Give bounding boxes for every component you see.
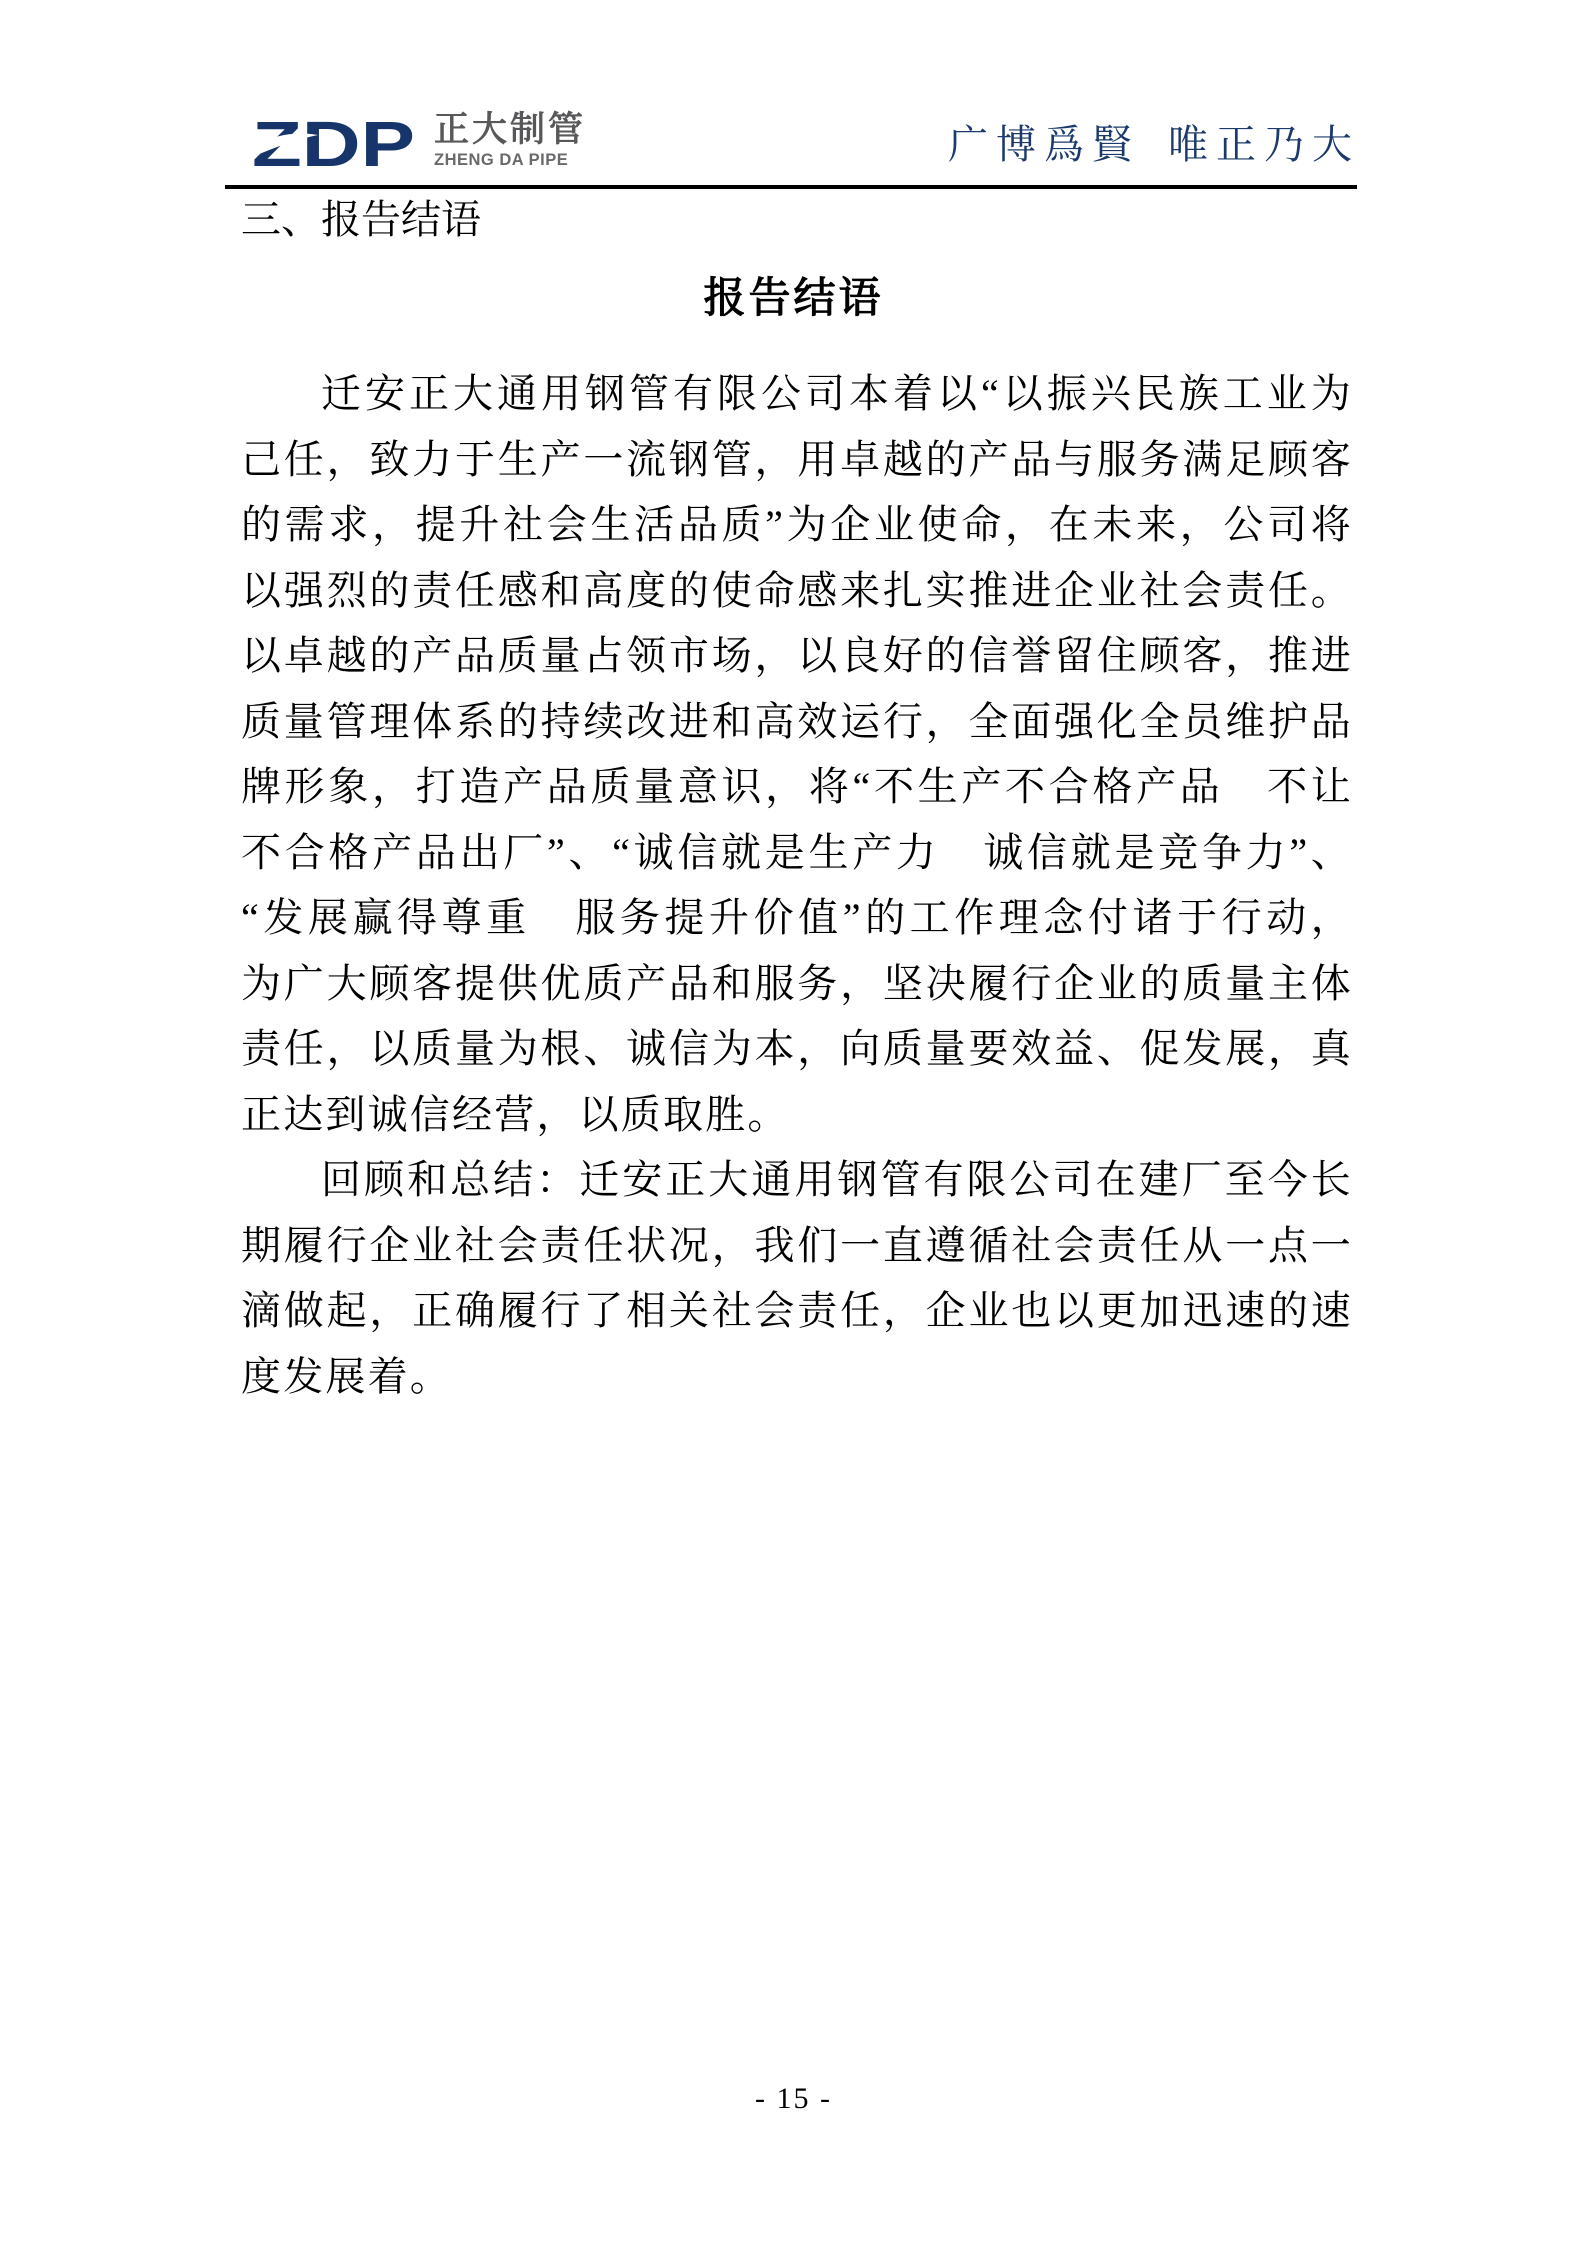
body-line: 迁安正大通用钢管有限公司本着以“以振兴民族工业为 [241, 361, 1353, 427]
body-line: 正达到诚信经营，以质取胜。 [241, 1082, 1353, 1148]
zdp-logo-icon: ZDP [252, 112, 417, 169]
body-line: 以强烈的责任感和高度的使命感来扎实推进企业社会责任。 [241, 558, 1353, 624]
body-line: 期履行企业社会责任状况，我们一直遵循社会责任从一点一 [241, 1213, 1353, 1279]
logo-names: 正大制管 ZHENG DA PIPE [434, 112, 586, 169]
header-motto: 广博爲賢 唯正乃大 [948, 122, 1368, 168]
body-line: 质量管理体系的持续改进和高效运行，全面强化全员维护品 [241, 689, 1353, 755]
body-line: 己任，致力于生产一流钢管，用卓越的产品与服务满足顾客 [241, 427, 1353, 493]
body-line: 牌形象，打造产品质量意识，将“不生产不合格产品 不让 [241, 754, 1353, 820]
body-line: “发展赢得尊重 服务提升价值”的工作理念付诸于行动， [241, 885, 1353, 951]
motto-left: 广博爲賢 [948, 122, 1140, 168]
body-line: 滴做起，正确履行了相关社会责任，企业也以更加迅速的速 [241, 1278, 1353, 1344]
company-logo: ZDP 正大制管 ZHENG DA PIPE [252, 112, 586, 169]
body-line: 的需求，提升社会生活品质”为企业使命，在未来，公司将 [241, 492, 1353, 558]
body-line: 回顾和总结：迁安正大通用钢管有限公司在建厂至今长 [241, 1147, 1353, 1213]
page-number: - 15 - [0, 2082, 1587, 2116]
page-title: 报告结语 [0, 276, 1587, 322]
body-line: 不合格产品出厂”、“诚信就是生产力 诚信就是竞争力”、 [241, 820, 1353, 886]
header-rule [225, 185, 1357, 189]
logo-name-cn: 正大制管 [434, 112, 586, 148]
logo-name-en: ZHENG DA PIPE [434, 152, 586, 169]
report-page: ZDP 正大制管 ZHENG DA PIPE 广博爲賢 唯正乃大 三、报告结语 … [0, 0, 1587, 2245]
section-heading: 三、报告结语 [241, 198, 481, 242]
motto-right: 唯正乃大 [1168, 122, 1360, 168]
body-line: 责任，以质量为根、诚信为本，向质量要效益、促发展，真 [241, 1016, 1353, 1082]
body-line: 度发展着。 [241, 1344, 1353, 1410]
body-text: 迁安正大通用钢管有限公司本着以“以振兴民族工业为 己任，致力于生产一流钢管，用卓… [241, 361, 1353, 1409]
body-line: 为广大顾客提供优质产品和服务，坚决履行企业的质量主体 [241, 951, 1353, 1017]
body-line: 以卓越的产品质量占领市场，以良好的信誉留住顾客，推进 [241, 623, 1353, 689]
